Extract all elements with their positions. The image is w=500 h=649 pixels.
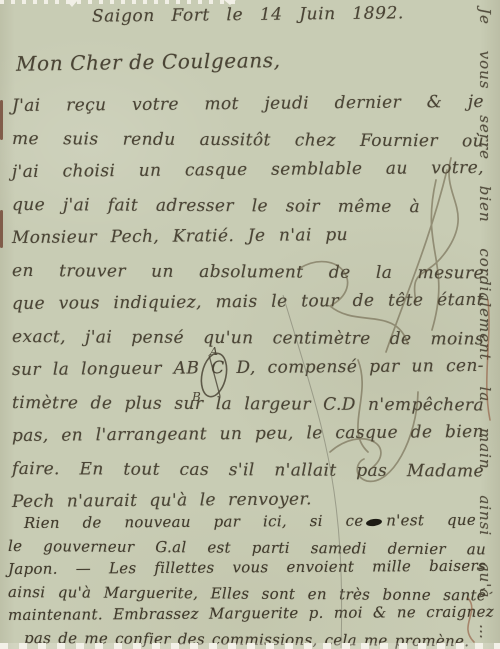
letter-line: Japon. — Les fillettes vous envoient mil… — [8, 557, 486, 583]
letter-line: sur la longueur AB C D, compensé par un … — [12, 356, 484, 393]
torn-edge-notch — [66, 0, 78, 7]
letter-line: Monsieur Pech, Kratié. Je n'ai pu — [12, 225, 348, 261]
letter-line: Rien de nouveau par ici, si ce n'est que — [24, 511, 476, 537]
letter-line: maintenant. Embrassez Marguerite p. moi … — [8, 603, 494, 629]
body-paragraph-2: Rien de nouveau par ici, si ce n'est que… — [8, 514, 494, 649]
dateline: Saigon Fort le 14 Juin 1892. — [92, 3, 404, 26]
letter-line: pas, en l'arrangeant un peu, le casque d… — [12, 422, 484, 459]
torn-edge-bottom — [0, 643, 500, 649]
letter-line: que j'ai fait adresser le soir même à — [12, 195, 420, 230]
letter-line: j'ai choisi un casque semblable au votre… — [12, 158, 484, 195]
torn-edge-top — [0, 0, 240, 4]
salutation: Mon Cher de Coulgeans, — [16, 48, 262, 75]
letter-line: que vous indiquiez, mais le tour de tête… — [12, 290, 484, 327]
left-edge-ink-mark — [0, 100, 3, 140]
margin-closing-note: Je vous serre bien cordialement la main … — [476, 8, 494, 640]
letter-page: Saigon Fort le 14 Juin 1892. Mon Cher de… — [0, 0, 500, 649]
letter-line: J'ai reçu votre mot jeudi dernier & je — [12, 92, 484, 129]
body-paragraph-1: J'ai reçu votre mot jeudi dernier & je m… — [12, 96, 484, 525]
left-edge-ink-mark — [0, 210, 3, 248]
